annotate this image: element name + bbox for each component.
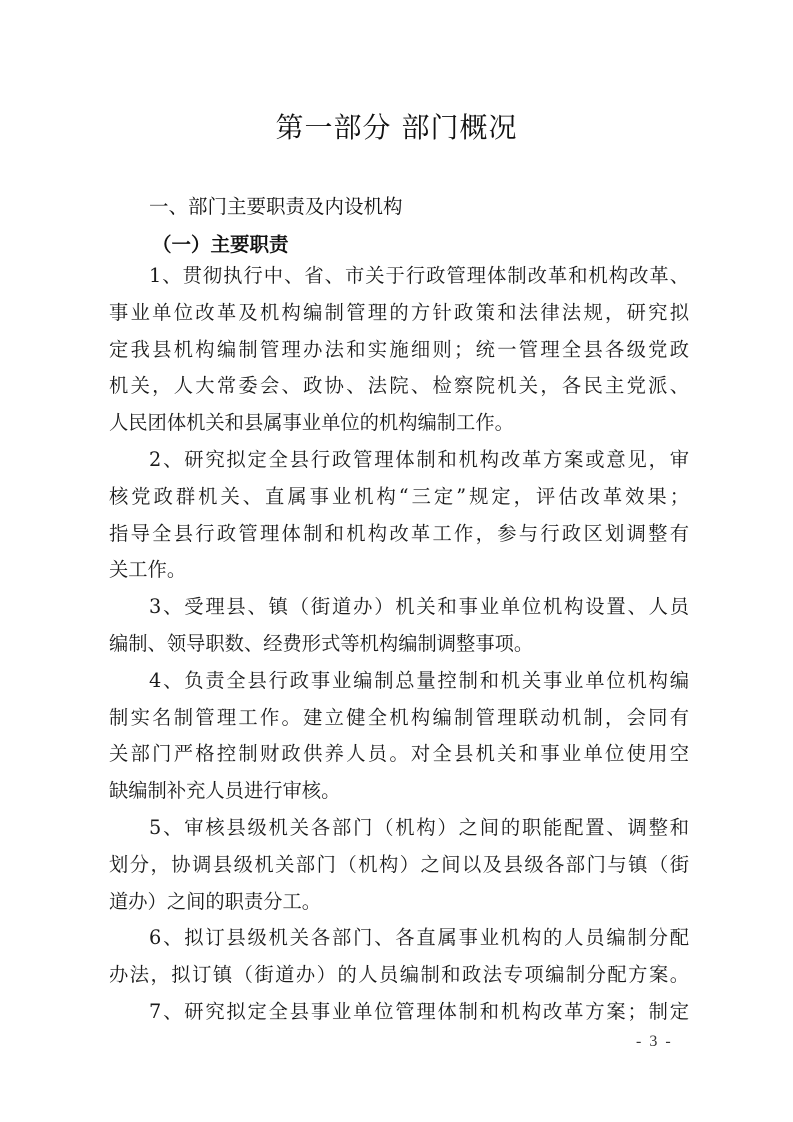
text-line: 编制、领导职数、经费形式等机构编制调整事项。 xyxy=(109,626,689,663)
text-line: 办法，拟订镇（街道办）的人员编制和政法专项编制分配方案。 xyxy=(109,957,689,994)
page-title: 第一部分 部门概况 xyxy=(0,106,793,146)
paragraph-duty-6: 6、拟订县级机关各部门、各直属事业机构的人员编制分配 办法，拟订镇（街道办）的人… xyxy=(109,920,689,994)
text-line: 定我县机构编制管理办法和实施细则；统一管理全县各级党政 xyxy=(109,332,689,369)
text-line: 划分，协调县级机关部门（机构）之间以及县级各部门与镇（街 xyxy=(109,847,689,884)
text-line: 1、贯彻执行中、省、市关于行政管理体制改革和机构改革、 xyxy=(109,258,689,295)
text-line: 关工作。 xyxy=(109,552,689,589)
subsection-heading: （一）主要职责 xyxy=(152,229,289,257)
text-line: 7、研究拟定全县事业单位管理体制和机构改革方案；制定 xyxy=(109,994,689,1031)
paragraph-duty-7: 7、研究拟定全县事业单位管理体制和机构改革方案；制定 xyxy=(109,994,689,1031)
paragraph-duty-1: 1、贯彻执行中、省、市关于行政管理体制改革和机构改革、 事业单位改革及机构编制管… xyxy=(109,258,689,442)
section-heading: 一、部门主要职责及内设机构 xyxy=(149,191,403,219)
document-page: 第一部分 部门概况 一、部门主要职责及内设机构 （一）主要职责 1、贯彻执行中、… xyxy=(0,0,793,1122)
text-line: 6、拟订县级机关各部门、各直属事业机构的人员编制分配 xyxy=(109,920,689,957)
text-line: 2、研究拟定全县行政管理体制和机构改革方案或意见，审 xyxy=(109,442,689,479)
text-line: 核党政群机关、直属事业机构“三定”规定，评估改革效果； xyxy=(109,479,689,516)
text-line: 人民团体机关和县属事业单位的机构编制工作。 xyxy=(109,405,689,442)
text-line: 机关，人大常委会、政协、法院、检察院机关，各民主党派、 xyxy=(109,368,689,405)
page-number: - 3 - xyxy=(636,1033,673,1051)
text-line: 指导全县行政管理体制和机构改革工作，参与行政区划调整有 xyxy=(109,516,689,553)
text-line: 关部门严格控制财政供养人员。对全县机关和事业单位使用空 xyxy=(109,736,689,773)
paragraph-duty-5: 5、审核县级机关各部门（机构）之间的职能配置、调整和 划分，协调县级机关部门（机… xyxy=(109,810,689,920)
text-line: 缺编制补充人员进行审核。 xyxy=(109,773,689,810)
text-line: 4、负责全县行政事业编制总量控制和机关事业单位机构编 xyxy=(109,663,689,700)
text-line: 5、审核县级机关各部门（机构）之间的职能配置、调整和 xyxy=(109,810,689,847)
text-line: 道办）之间的职责分工。 xyxy=(109,884,689,921)
text-line: 制实名制管理工作。建立健全机构编制管理联动机制，会同有 xyxy=(109,700,689,737)
paragraph-duty-4: 4、负责全县行政事业编制总量控制和机关事业单位机构编 制实名制管理工作。建立健全… xyxy=(109,663,689,810)
document-body: 1、贯彻执行中、省、市关于行政管理体制改革和机构改革、 事业单位改革及机构编制管… xyxy=(109,258,689,1031)
paragraph-duty-3: 3、受理县、镇（街道办）机关和事业单位机构设置、人员 编制、领导职数、经费形式等… xyxy=(109,589,689,663)
paragraph-duty-2: 2、研究拟定全县行政管理体制和机构改革方案或意见，审 核党政群机关、直属事业机构… xyxy=(109,442,689,589)
text-line: 事业单位改革及机构编制管理的方针政策和法律法规，研究拟 xyxy=(109,295,689,332)
text-line: 3、受理县、镇（街道办）机关和事业单位机构设置、人员 xyxy=(109,589,689,626)
